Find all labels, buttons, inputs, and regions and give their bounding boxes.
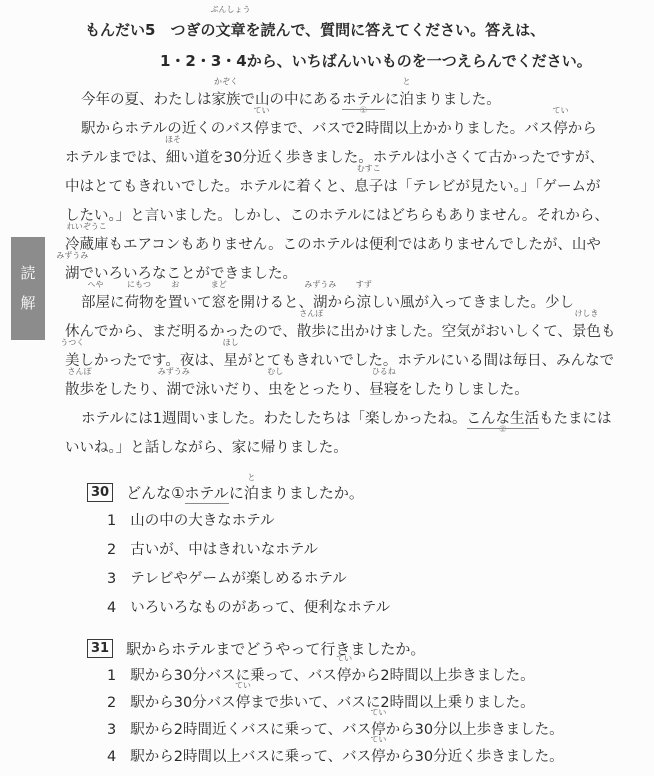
text-run: がとてもきれいでした。ホテルにいる間は毎日、みんなで [238, 353, 614, 369]
text-run: を読んで、質問に答えてください。答えは、 [245, 21, 545, 39]
furigana-term: 停てい [254, 115, 269, 144]
furigana-term: 景色けしき [572, 318, 601, 347]
section-tab-char: 読 [20, 266, 35, 281]
text-run: でいろいろなことができました。 [80, 266, 298, 282]
text-run: い道を30分近く歩きました。ホテルは小さくて古かったですが、 [180, 150, 604, 166]
furigana-term: 泊と [244, 482, 259, 503]
answer-option-30-4: 4いろいろなものがあって、便利なホテル [107, 594, 631, 623]
furigana-term: 虫むし [268, 376, 283, 405]
option-text: 駅から2時間近くバスに乗って、バス停ていから30分以上歩きました。 [130, 717, 563, 744]
text-run: を [154, 295, 169, 311]
reading-section-tab: 読解 [11, 237, 45, 340]
text-run: 今年の夏、わたしは [81, 92, 212, 108]
question-number-box: 30 [87, 483, 113, 502]
text-run: は「テレビが見たい。」「ゲームが [383, 179, 600, 195]
passage-line: ホテルまでは、細ほそい道を30分近く歩きました。ホテルは小さくて古かったですが、 [65, 144, 631, 173]
text-run: に [385, 92, 400, 108]
text-run: から2時間以上歩きました。 [351, 668, 534, 684]
text-run: まりました。 [414, 92, 501, 108]
option-number: 4 [107, 744, 116, 771]
text-run: をとったり、 [283, 382, 370, 398]
passage-line: 美うつくしかったです。夜は、星ほしがとてもきれいでした。ホテルにいる間は毎日、み… [65, 347, 631, 376]
text-run: 駅から2時間近くバスに乗って、バス [130, 722, 371, 738]
option-number: 1 [107, 663, 116, 690]
option-number: 2 [107, 690, 116, 717]
furigana-term: 窓まど [212, 289, 227, 318]
furigana-term: 泊と [399, 86, 414, 115]
furigana-term: 湖みずうみ [65, 260, 80, 289]
option-number: 1 [107, 507, 116, 536]
page-content: もんだい5 つぎの文章ぶんしょうを読んで、質問に答えてください。答えは、 1・2… [65, 14, 631, 771]
section-tab-char: 解 [20, 296, 35, 311]
furigana-term: 散歩さんぽ [65, 376, 94, 405]
option-text: 駅から30分バスに乗って、バス停ていから2時間以上歩きました。 [130, 663, 534, 690]
text-run: ホテル [185, 484, 229, 502]
text-run: どんな① [126, 484, 184, 502]
instructions-line2: 1・2・3・4から、いちばんいいものを一つえらんでください。 [160, 46, 631, 76]
text-run: から [568, 121, 597, 137]
text-run: から30分近く歩きました。 [386, 749, 564, 765]
answer-option-31-1: 1駅から30分バスに乗って、バス停ていから2時間以上歩きました。 [107, 663, 631, 690]
text-run: 休んでから、まだ明るかったので、 [65, 324, 297, 340]
option-text: 駅から30分バス停ていまで歩いて、バスに2時間以上乗りました。 [130, 690, 534, 717]
passage-line: したい。」と言いました。しかし、このホテルにはどちらもありません。それから、 [65, 202, 631, 231]
underlined-phrase: こんな生活② [467, 411, 540, 429]
text-run: 駅から30分バス [130, 695, 235, 711]
text-run: 古いが、中はきれいなホテル [130, 542, 318, 558]
text-run: しかったです。夜は、 [80, 353, 224, 369]
passage-line: 中はとてもきれいでした。ホテルに着くと、息子むすこは「テレビが見たい。」「ゲーム… [65, 173, 631, 202]
text-run: をしたりしました。 [398, 382, 529, 398]
text-run: ホテルには1週間いました。わたしたちは「楽しかったね。 [81, 411, 467, 427]
underlined-phrase: ホテル① [342, 92, 385, 110]
text-run: をしたり、 [94, 382, 167, 398]
passage-line: 冷蔵庫れいぞうこもエアコンもありません。このホテルは便利ではありませんでしたが、… [65, 231, 631, 260]
question-prompt: 駅からホテルまでどうやって行きましたか。 [126, 638, 425, 659]
test-page: 読解 もんだい5 つぎの文章ぶんしょうを読んで、質問に答えてください。答えは、 … [0, 0, 654, 776]
text-run: から30分以上歩きました。 [386, 722, 564, 738]
text-run: 中はとてもきれいでした。ホテルに着くと、 [65, 179, 354, 195]
passage-line: 散歩さんぽをしたり、湖みずうみで泳いだり、虫むしをとったり、昼寝ひるねをしたりし… [65, 376, 631, 405]
furigana-term: 置お [168, 289, 183, 318]
furigana-term: 停てい [337, 663, 352, 690]
answer-option-31-4: 4駅から2時間以上バスに乗って、バス停ていから30分近く歩きました。 [107, 744, 631, 771]
passage-line: いいね。」と話しながら、家に帰りました。 [65, 434, 631, 463]
text-run: から [328, 295, 357, 311]
text-run: まりましたか。 [259, 484, 364, 502]
furigana-term: 息子むすこ [354, 173, 383, 202]
text-run: ホテルまでは、 [65, 150, 166, 166]
option-text: 山の中の大きなホテル [130, 507, 274, 536]
option-text: テレビやゲームが楽しめるホテル [130, 565, 346, 594]
text-run: しい風が入ってきました。少し [371, 295, 574, 311]
furigana-term: 停てい [553, 115, 568, 144]
text-run: も [601, 324, 616, 340]
text-run: 駅からホテルまでどうやって行きましたか。 [126, 640, 425, 658]
option-number: 2 [107, 536, 116, 565]
option-number: 4 [107, 594, 116, 623]
text-run: いいね。」と話しながら、家に帰りました。 [65, 440, 348, 456]
text-run: 山の中の大きなホテル [130, 513, 274, 529]
answer-option-31-2: 2駅から30分バス停ていまで歩いて、バスに2時間以上乗りました。 [107, 690, 631, 717]
text-run: に [110, 295, 125, 311]
text-run: もたまには [539, 411, 612, 427]
text-run: で泳いだり、 [181, 382, 268, 398]
text-run: に出かけました。空気がおいしくて、 [326, 324, 572, 340]
instructions-line1: もんだい5 つぎの文章ぶんしょうを読んで、質問に答えてください。答えは、 [85, 14, 631, 46]
furigana-term: 文章ぶんしょう [215, 14, 245, 46]
reading-passage: 今年の夏、わたしは家族かぞくで山の中にあるホテル①に泊とまりました。駅からホテル… [65, 86, 631, 463]
questions-container: 30どんな①ホテルに泊とまりましたか。1山の中の大きなホテル2古いが、中はきれい… [65, 477, 631, 771]
passage-line: 部屋へやに荷物にもつを置おいて窓まどを開けると、湖みずうみから涼すずしい風が入っ… [65, 289, 631, 318]
furigana-term: 荷物にもつ [125, 289, 154, 318]
text-run: まで歩いて、バスに2時間以上乗りました。 [250, 695, 534, 711]
option-text: 駅から2時間以上バスに乗って、バス停ていから30分近く歩きました。 [130, 744, 563, 771]
furigana-term: 細ほそ [166, 144, 181, 173]
furigana-term: 部屋へや [81, 289, 110, 318]
option-text: 古いが、中はきれいなホテル [130, 536, 318, 565]
text-run: いろいろなものがあって、便利なホテル [130, 600, 390, 616]
text-run: もんだい5 つぎの [85, 21, 215, 39]
option-number: 3 [107, 565, 116, 594]
text-run: テレビやゲームが楽しめるホテル [130, 571, 346, 587]
passage-line: 駅からホテルの近くのバス停ていまで、バスで2時間以上かかりました。バス停ていから [65, 115, 631, 144]
circled-number-marker: ② [499, 426, 507, 435]
underlined-phrase: ホテル [185, 484, 229, 504]
circled-number-marker: ① [359, 107, 367, 116]
furigana-term: 湖みずうみ [167, 376, 182, 405]
question-prompt: どんな①ホテルに泊とまりましたか。 [126, 482, 364, 503]
option-number: 3 [107, 717, 116, 744]
text-run: したい。」と言いました。しかし、このホテルにはどちらもありません。それから、 [65, 208, 609, 224]
option-text: いろいろなものがあって、便利なホテル [130, 594, 390, 623]
text-run: 駅から2時間以上バスに乗って、バス [130, 749, 371, 765]
answer-option-30-2: 2古いが、中はきれいなホテル [107, 536, 631, 565]
question-head: 30どんな①ホテルに泊とまりましたか。 [87, 477, 631, 507]
text-run: に [229, 484, 244, 502]
furigana-term: 停てい [236, 690, 251, 717]
question-head: 31駅からホテルまでどうやって行きましたか。 [87, 633, 631, 663]
furigana-term: 停てい [371, 744, 386, 771]
text-run: いて [183, 295, 212, 311]
question-block-31: 31駅からホテルまでどうやって行きましたか。1駅から30分バスに乗って、バス停て… [65, 633, 631, 771]
text-run: 駅から30分バスに乗って、バス [130, 668, 337, 684]
answer-option-30-1: 1山の中の大きなホテル [107, 507, 631, 536]
passage-line: 休んでから、まだ明るかったので、散歩さんぽに出かけました。空気がおいしくて、景色… [65, 318, 631, 347]
question-number-box: 31 [87, 639, 113, 658]
text-run: まで、バスで2時間以上かかりました。バス [269, 121, 553, 137]
text-run: もエアコンもありません。このホテルは便利ではありませんでしたが、山や [109, 237, 601, 253]
question-block-30: 30どんな①ホテルに泊とまりましたか。1山の中の大きなホテル2古いが、中はきれい… [65, 477, 631, 623]
furigana-term: 星ほし [223, 347, 238, 376]
furigana-term: 散歩さんぽ [297, 318, 326, 347]
answer-option-30-3: 3テレビやゲームが楽しめるホテル [107, 565, 631, 594]
passage-line: 今年の夏、わたしは家族かぞくで山の中にあるホテル①に泊とまりました。 [65, 86, 631, 115]
furigana-term: 涼すず [357, 289, 372, 318]
passage-line: ホテルには1週間いました。わたしたちは「楽しかったね。こんな生活②もたまには [65, 405, 631, 434]
furigana-term: 家族かぞく [212, 86, 241, 115]
furigana-term: 昼寝ひるね [369, 376, 398, 405]
answer-option-31-3: 3駅から2時間近くバスに乗って、バス停ていから30分以上歩きました。 [107, 717, 631, 744]
